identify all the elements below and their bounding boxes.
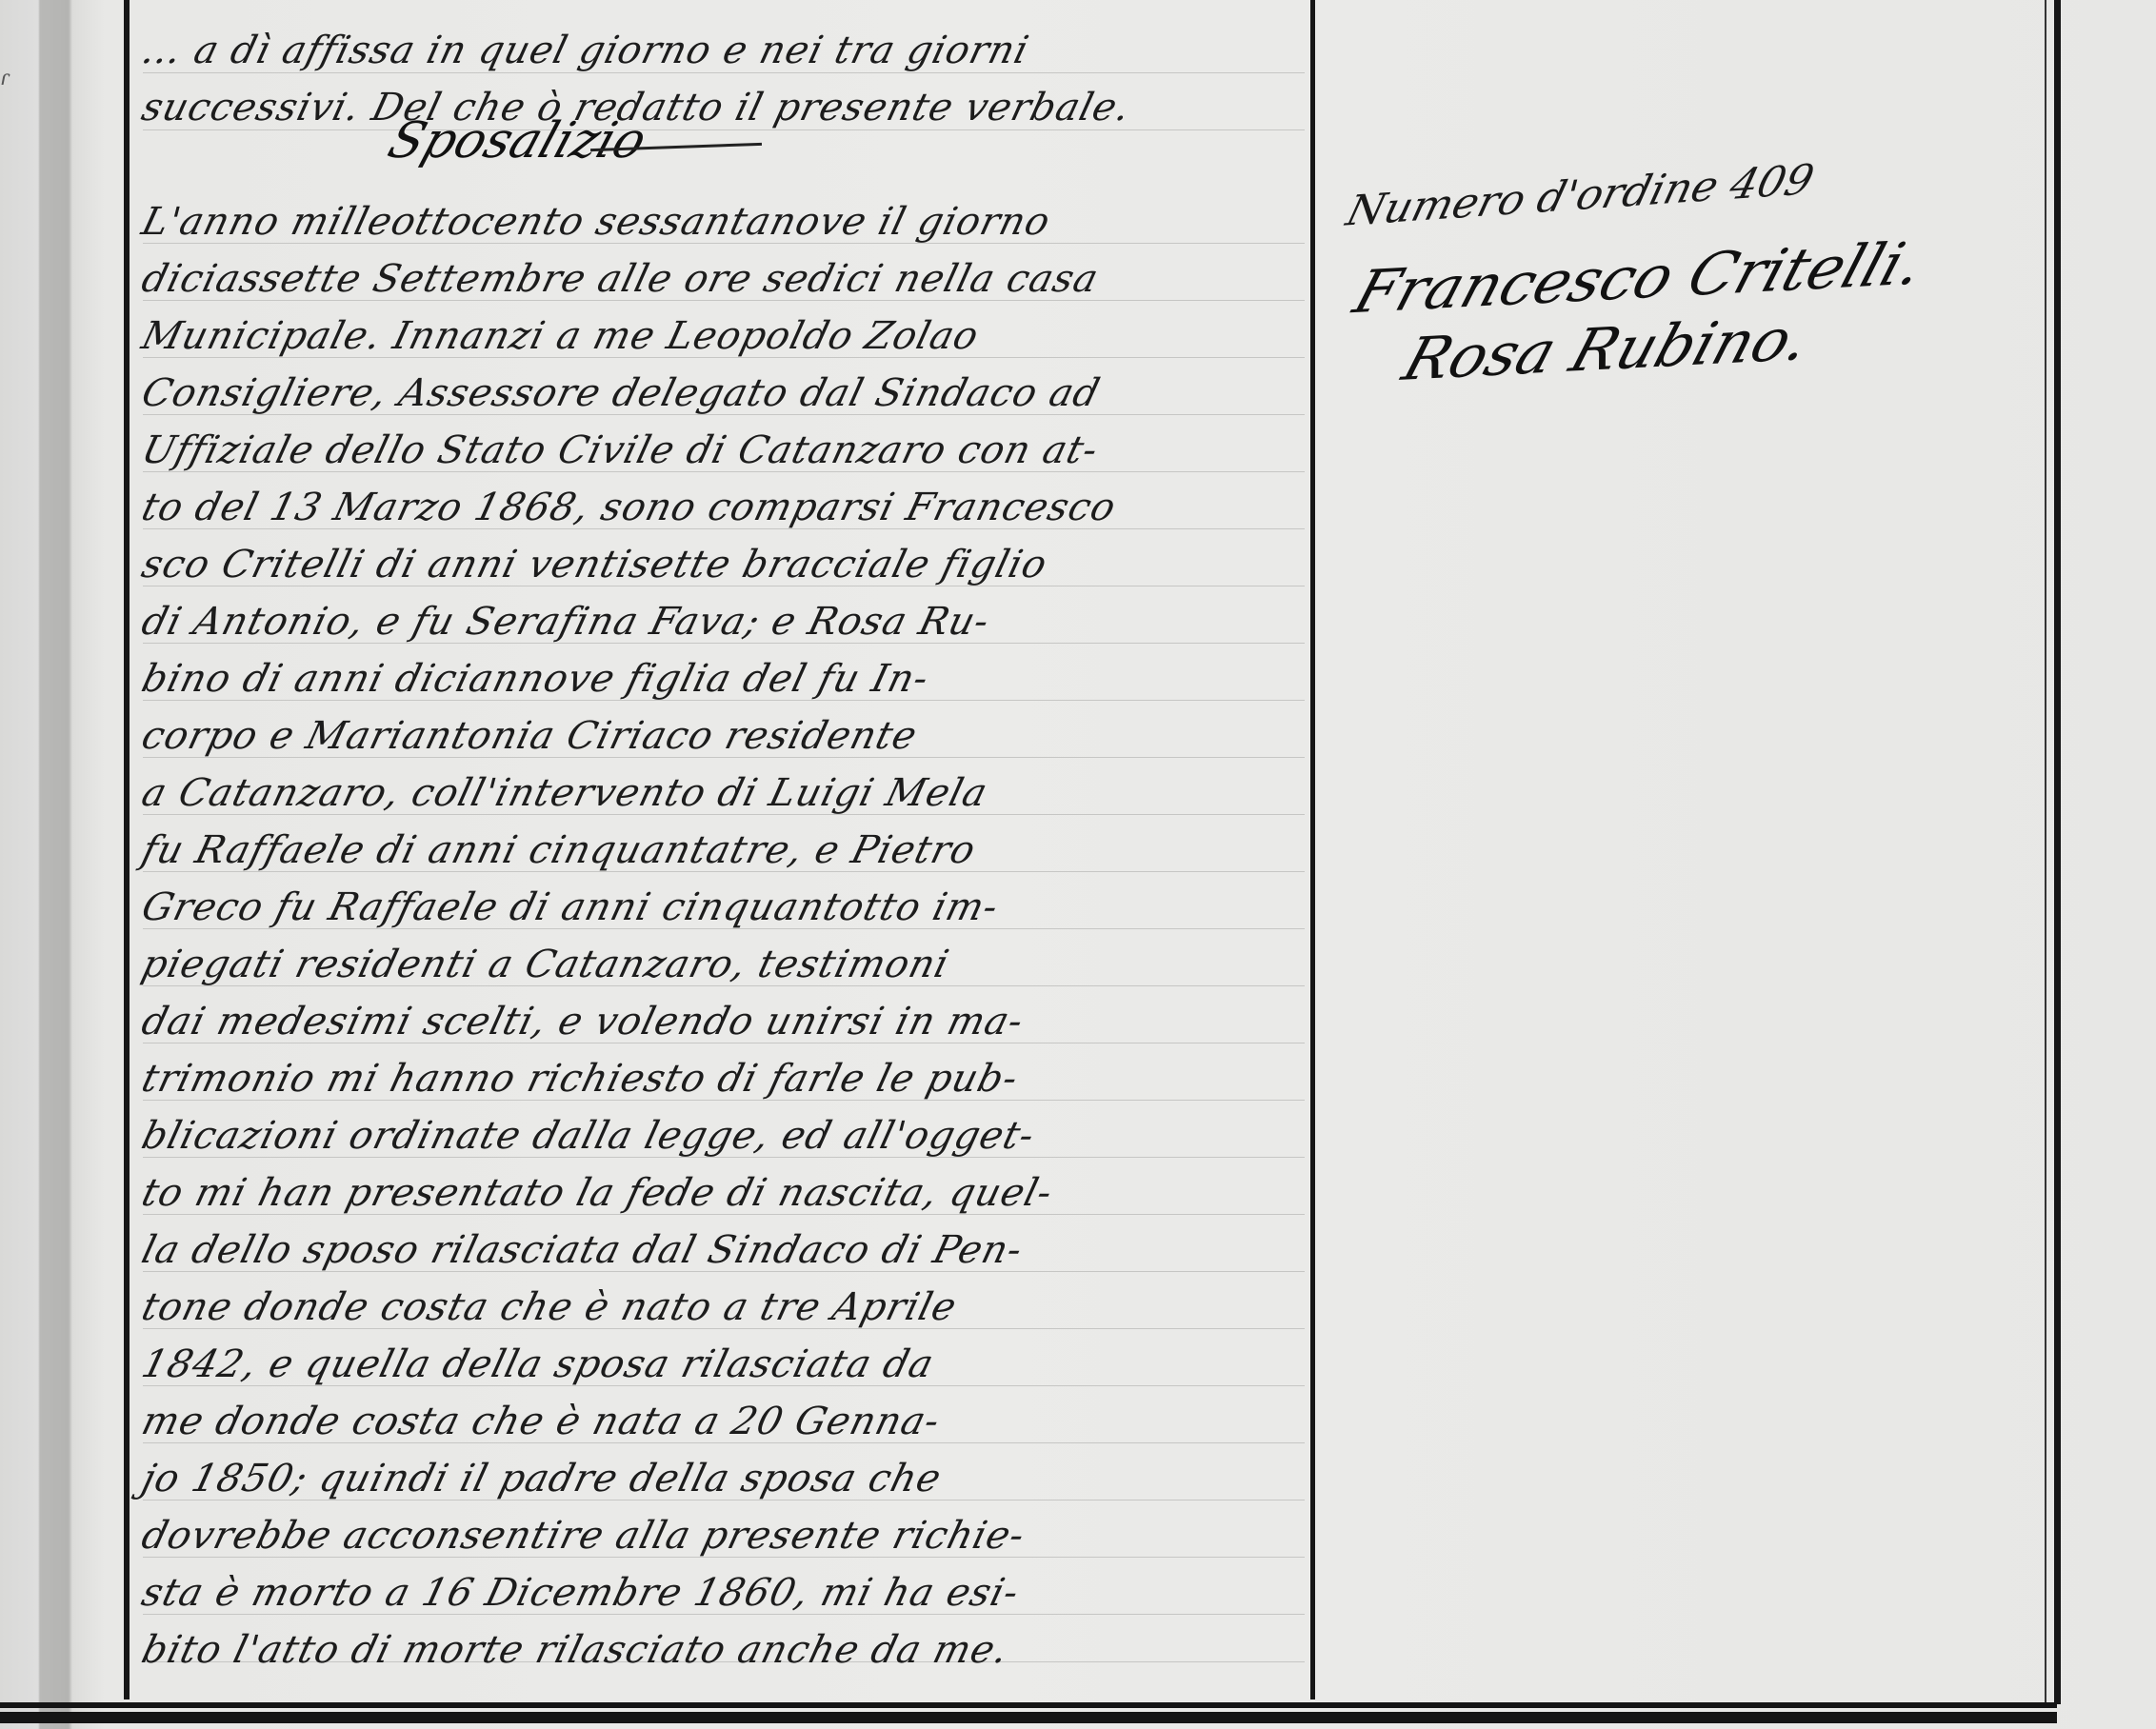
text-line: successivi. Del che ò redatto il present…: [137, 86, 1309, 129]
text-line: fu Raffaele di anni cinquantatre, e Piet…: [137, 828, 1309, 872]
left-margin-mark: ɾ: [0, 67, 10, 90]
right-border-thin-line: [2045, 0, 2046, 1704]
text-line: to del 13 Marzo 1868, sono comparsi Fran…: [137, 486, 1309, 529]
text-line: dovrebbe acconsentire alla presente rich…: [137, 1514, 1309, 1558]
text-line: piegati residenti a Catanzaro, testimoni: [137, 943, 1309, 986]
text-line: L'anno milleottocento sessantanove il gi…: [137, 200, 1309, 244]
text-line: corpo e Mariantonia Ciriaco residente: [137, 714, 1309, 758]
column-divider-line: [1310, 0, 1315, 1699]
text-line: a Catanzaro, coll'intervento di Luigi Me…: [137, 771, 1309, 815]
record-number: Numero d'ordine 409: [1342, 155, 1819, 235]
text-line: tone donde costa che è nato a tre Aprile: [137, 1285, 1309, 1329]
bottom-border-line: [0, 1702, 2057, 1708]
record-heading: Sposalizio: [381, 112, 653, 169]
text-line: to mi han presentato la fede di nascita,…: [137, 1171, 1309, 1215]
text-line: blicazioni ordinate dalla legge, ed all'…: [137, 1114, 1309, 1158]
main-text-column: … a dì affissa in quel giorno e nei tra …: [143, 0, 1305, 1695]
text-line: Consigliere, Assessore delegato dal Sind…: [137, 371, 1309, 415]
left-border-line: [124, 0, 130, 1699]
text-line: trimonio mi hanno richiesto di farle le …: [137, 1057, 1309, 1101]
text-line: bito l'atto di morte rilasciato anche da…: [137, 1628, 1309, 1672]
text-line: bino di anni diciannove figlia del fu In…: [137, 657, 1309, 701]
margin-column: Numero d'ordine 409 Francesco Critelli. …: [1324, 0, 2038, 1695]
text-line: diciassette Settembre alle ore sedici ne…: [137, 257, 1309, 301]
text-line: jo 1850; quindi il padre della sposa che: [137, 1457, 1309, 1500]
text-line: 1842, e quella della sposa rilasciata da: [137, 1342, 1309, 1386]
groom-name: Francesco Critelli.: [1346, 229, 1931, 327]
text-line: sco Critelli di anni ventisette braccial…: [137, 543, 1309, 586]
text-line: sta è morto a 16 Dicembre 1860, mi ha es…: [137, 1571, 1309, 1615]
text-line: Greco fu Raffaele di anni cinquantotto i…: [137, 885, 1309, 929]
text-line: Municipale. Innanzi a me Leopoldo Zolao: [137, 314, 1309, 358]
right-border-thick-line: [2054, 0, 2061, 1704]
text-line: dai medesimi scelti, e volendo unirsi in…: [137, 1000, 1309, 1043]
text-line: di Antonio, e fu Serafina Fava; e Rosa R…: [137, 600, 1309, 644]
text-line: … a dì affissa in quel giorno e nei tra …: [137, 29, 1309, 72]
text-line: Uffiziale dello Stato Civile di Catanzar…: [137, 428, 1309, 472]
bottom-border-thick-line: [0, 1712, 2057, 1723]
text-line: la dello sposo rilasciata dal Sindaco di…: [137, 1228, 1309, 1272]
text-line: me donde costa che è nata a 20 Genna-: [137, 1400, 1309, 1443]
